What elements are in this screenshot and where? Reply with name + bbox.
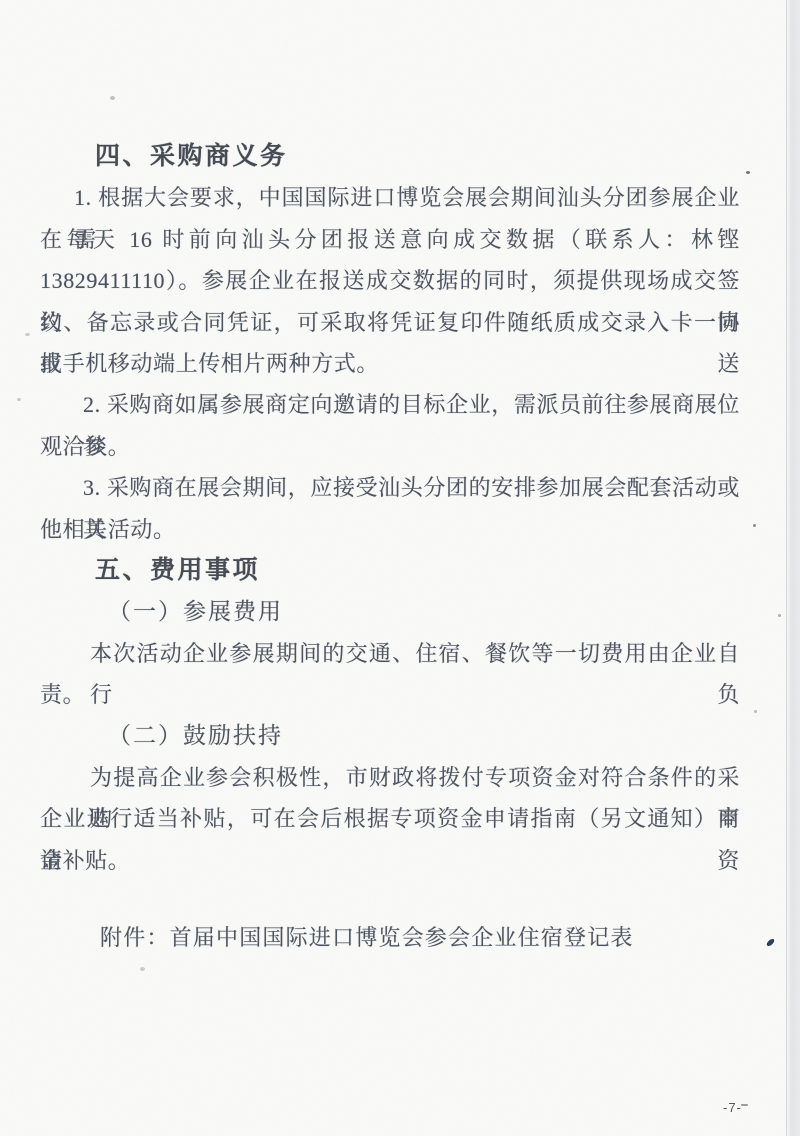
page-number: -7-	[723, 1100, 742, 1115]
scan-edge-shadow	[786, 0, 800, 1136]
subsection-heading: （一）参展费用	[40, 591, 740, 632]
scan-speck	[778, 614, 781, 617]
text-line: 议、备忘录或合同凭证，可采取将凭证复印件随纸质成交录入卡一同报送	[40, 302, 740, 343]
subsection-exhibition-fees: （一）参展费用 本次活动企业参展期间的交通、住宿、餐饮等一切费用由企业自行负 责…	[40, 591, 740, 715]
paragraph-item-3: 3. 采购商在展会期间，应接受汕头分团的安排参加展会配套活动或其 他相关活动。	[40, 467, 740, 550]
text-line: 企业进行适当补贴，可在会后根据专项资金申请指南（另文通知）申请资	[40, 798, 740, 839]
scan-speck	[110, 96, 115, 100]
text-line: 2. 采购商如属参展商定向邀请的目标企业，需派员前往参展商展位参	[40, 384, 740, 425]
section-purchaser-obligations: 四、采购商义务 1. 根据大会要求，中国国际进口博览会展会期间汕头分团参展企业需…	[40, 136, 740, 550]
text-line: 观洽谈。	[40, 426, 740, 467]
document-body: 四、采购商义务 1. 根据大会要求，中国国际进口博览会展会期间汕头分团参展企业需…	[40, 136, 740, 958]
section-fee-matters: 五、费用事项 （一）参展费用 本次活动企业参展期间的交通、住宿、餐饮等一切费用由…	[40, 550, 740, 881]
text-line: 1. 根据大会要求，中国国际进口博览会展会期间汕头分团参展企业需	[40, 177, 740, 218]
text-line: 他相关活动。	[40, 509, 740, 550]
scan-speck	[741, 1104, 748, 1106]
text-line: 为提高企业参会积极性，市财政将拨付专项资金对符合条件的采购商	[40, 757, 740, 798]
subsection-heading: （二）鼓励扶持	[40, 715, 740, 756]
paragraph-item-1: 1. 根据大会要求，中国国际进口博览会展会期间汕头分团参展企业需 在每天 16 …	[40, 177, 740, 384]
scan-speck	[746, 171, 750, 174]
text-line: 在每天 16 时前向汕头分团报送意向成交数据（联系人：林铿	[40, 219, 740, 260]
subsection-incentive-support: （二）鼓励扶持 为提高企业参会积极性，市财政将拨付专项资金对符合条件的采购商 企…	[40, 715, 740, 881]
scan-speck	[17, 398, 21, 401]
scan-speck	[753, 524, 756, 527]
scan-speck	[140, 967, 145, 971]
paragraph-item-2: 2. 采购商如属参展商定向邀请的目标企业，需派员前往参展商展位参 观洽谈。	[40, 384, 740, 467]
section-heading: 五、费用事项	[40, 550, 740, 591]
text-line: 本次活动企业参展期间的交通、住宿、餐饮等一切费用由企业自行负	[40, 633, 740, 674]
section-heading: 四、采购商义务	[40, 136, 740, 177]
scan-speck	[25, 333, 30, 336]
text-line: 3. 采购商在展会期间，应接受汕头分团的安排参加展会配套活动或其	[40, 467, 740, 508]
ink-blot	[765, 938, 775, 947]
attachment-note: 附件：首届中国国际进口博览会参会企业住宿登记表	[40, 917, 740, 958]
scan-speck	[754, 710, 757, 713]
scanned-document-page: 四、采购商义务 1. 根据大会要求，中国国际进口博览会展会期间汕头分团参展企业需…	[0, 0, 800, 1136]
text-line: 13829411110）。参展企业在报送成交数据的同时，须提供现场成交签约协	[40, 260, 740, 301]
